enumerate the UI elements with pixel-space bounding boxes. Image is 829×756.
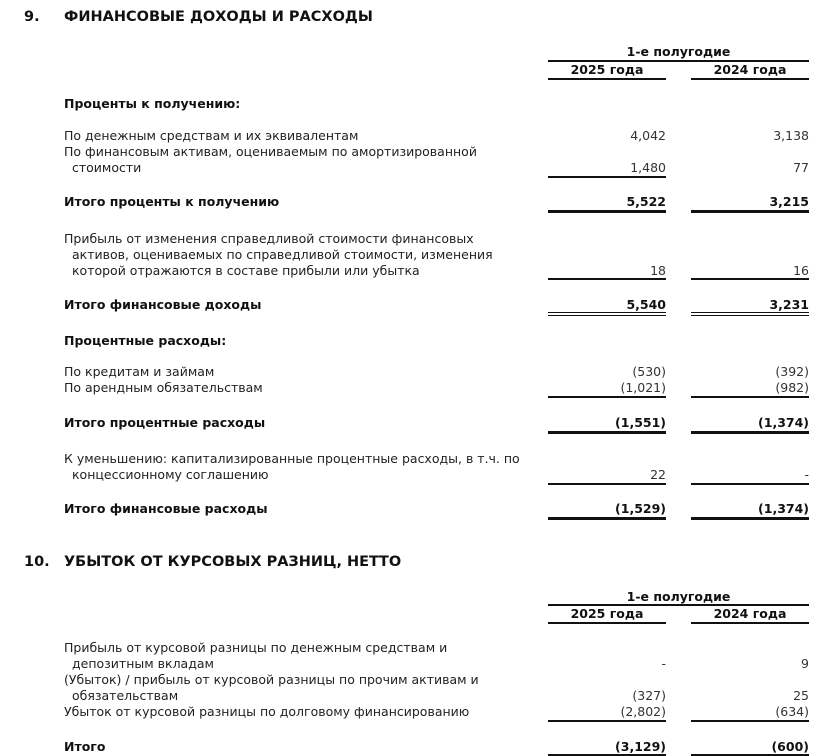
section-10-number: 10. <box>24 554 50 570</box>
total-rule <box>691 431 809 434</box>
total-2024: (1,374) <box>691 415 809 431</box>
subtotal-rule <box>548 176 666 178</box>
row-label: По кредитам и займам <box>64 364 214 380</box>
subtotal-rule <box>691 720 809 722</box>
subtotal-rule <box>548 396 666 398</box>
row-label-line: К уменьшению: капитализированные процент… <box>64 451 520 466</box>
row-label-line: (Убыток) / прибыль от курсовой разницы п… <box>64 672 479 687</box>
row-label: По финансовым активам, оцениваемым по ам… <box>64 144 477 176</box>
row-label: Прибыль от курсовой разницы по денежным … <box>64 640 447 672</box>
col-header-2025: 2025 года <box>548 606 666 621</box>
total-2025: (3,129) <box>548 739 666 755</box>
row-label: Прибыль от изменения справедливой стоимо… <box>64 231 493 279</box>
total-rule <box>548 517 666 520</box>
row-label-line: Прибыль от курсовой разницы по денежным … <box>64 640 447 655</box>
total-label: Итого процентные расходы <box>64 415 265 431</box>
total-rule <box>691 210 809 213</box>
value-2025: 22 <box>548 467 666 483</box>
total-2025: 5,522 <box>548 194 666 210</box>
value-2025: (2,802) <box>548 704 666 720</box>
value-2025: (1,021) <box>548 380 666 396</box>
value-2024: 9 <box>691 656 809 672</box>
total-2024: 3,215 <box>691 194 809 210</box>
col-rule <box>548 78 666 80</box>
double-rule <box>691 315 809 316</box>
total-2024: 3,231 <box>691 297 809 313</box>
row-label: Убыток от курсовой разницы по долговому … <box>64 704 469 720</box>
col-header-2024: 2024 года <box>691 606 809 621</box>
subtotal-rule <box>548 483 666 485</box>
value-2025: 4,042 <box>548 128 666 144</box>
value-2025: 1,480 <box>548 160 666 176</box>
row-label: К уменьшению: капитализированные процент… <box>64 451 520 483</box>
row-label: По арендным обязательствам <box>64 380 263 396</box>
row-label-line: активов, оцениваемых по справедливой сто… <box>64 247 493 263</box>
row-label-line: Прибыль от изменения справедливой стоимо… <box>64 231 474 246</box>
col-rule <box>548 622 666 624</box>
total-2025: (1,529) <box>548 501 666 517</box>
total-rule <box>548 210 666 213</box>
total-rule <box>691 754 809 756</box>
total-rule <box>691 517 809 520</box>
row-label: (Убыток) / прибыль от курсовой разницы п… <box>64 672 479 704</box>
value-2025: (327) <box>548 688 666 704</box>
row-label-line: стоимости <box>64 160 477 176</box>
value-2024: (392) <box>691 364 809 380</box>
subtotal-rule <box>691 396 809 398</box>
value-2025: 18 <box>548 263 666 279</box>
value-2024: 16 <box>691 263 809 279</box>
subtotal-rule <box>691 278 809 280</box>
double-rule <box>548 312 666 313</box>
row-label: По денежным средствам и их эквивалентам <box>64 128 358 144</box>
total-label: Итого проценты к получению <box>64 194 279 210</box>
value-2025: (530) <box>548 364 666 380</box>
total-label: Итого <box>64 739 105 755</box>
col-rule <box>691 622 809 624</box>
subtotal-rule <box>691 483 809 485</box>
subtotal-rule <box>548 720 666 722</box>
section-10-title: УБЫТОК ОТ КУРСОВЫХ РАЗНИЦ, НЕТТО <box>64 554 401 570</box>
section-9-number: 9. <box>24 9 40 25</box>
period-header: 1-е полугодие <box>548 44 809 59</box>
col-header-2024: 2024 года <box>691 62 809 77</box>
value-2024: (982) <box>691 380 809 396</box>
row-label-line: концессионному соглашению <box>64 467 520 483</box>
section-9-title: ФИНАНСОВЫЕ ДОХОДЫ И РАСХОДЫ <box>64 9 373 25</box>
row-label-line: которой отражаются в составе прибыли или… <box>64 263 493 279</box>
value-2024: 3,138 <box>691 128 809 144</box>
subtotal-rule <box>548 278 666 280</box>
total-label: Итого финансовые расходы <box>64 501 268 517</box>
total-rule <box>548 754 666 756</box>
row-label-line: По финансовым активам, оцениваемым по ам… <box>64 144 477 159</box>
value-2024: 25 <box>691 688 809 704</box>
total-label: Итого финансовые доходы <box>64 297 261 313</box>
total-2025: 5,540 <box>548 297 666 313</box>
total-2025: (1,551) <box>548 415 666 431</box>
interest-income-heading: Проценты к получению: <box>64 96 240 112</box>
value-2025: - <box>548 656 666 672</box>
value-2024: 77 <box>691 160 809 176</box>
double-rule <box>691 312 809 313</box>
value-2024: (634) <box>691 704 809 720</box>
row-label-line: обязательствам <box>64 688 479 704</box>
value-2024: - <box>691 467 809 483</box>
total-2024: (600) <box>691 739 809 755</box>
row-label-line: депозитным вкладам <box>64 656 447 672</box>
double-rule <box>548 315 666 316</box>
period-header: 1-е полугодие <box>548 589 809 604</box>
total-2024: (1,374) <box>691 501 809 517</box>
interest-expense-heading: Процентные расходы: <box>64 333 226 349</box>
col-rule <box>691 78 809 80</box>
total-rule <box>548 431 666 434</box>
col-header-2025: 2025 года <box>548 62 666 77</box>
